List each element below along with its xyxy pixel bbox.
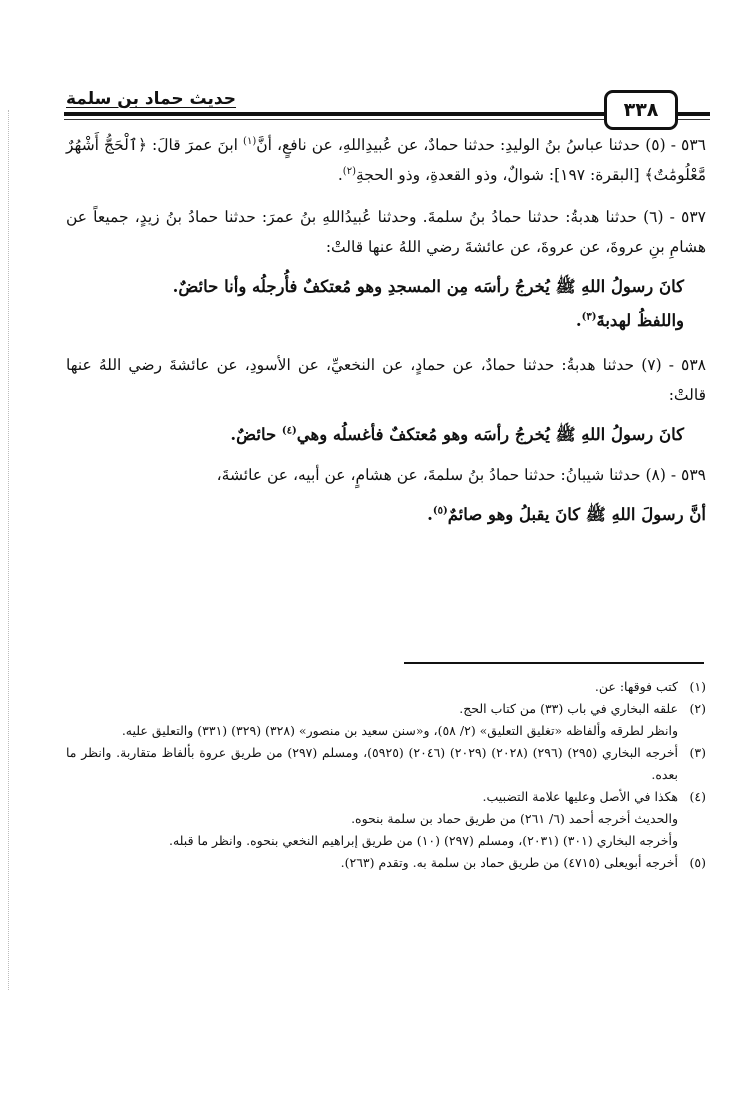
footnote-separator xyxy=(404,662,704,664)
page-number: ٣٣٨ xyxy=(604,90,678,130)
footnote-4-cont: والحديث أخرجه أحمد (٦/ ٢٦١) من طريق حماد… xyxy=(66,808,706,830)
footnote-text: أخرجه أبويعلى (٤٧١٥) من طريق حماد بن سلم… xyxy=(341,855,678,870)
footnotes: (١) كتب فوقها: عن. (٢) علقه البخاري في ب… xyxy=(66,676,706,874)
hadith-536: ٥٣٦ - (٥) حدثنا عباسُ بنُ الوليدِ: حدثنا… xyxy=(66,130,706,190)
matn-text: كانَ رسولُ اللهِ ﷺ يُخرجُ رأسَه وهو مُعت… xyxy=(297,425,684,444)
footnote-text: علقه البخاري في باب (٣٣) من كتاب الحج. xyxy=(459,701,678,716)
hadith-matn: أنَّ رسولَ اللهِ ﷺ كانَ يقبلُ وهو صائمٌ(… xyxy=(66,498,706,532)
hadith-539: ٥٣٩ - (٨) حدثنا شيبانُ: حدثنا حمادُ بنُ … xyxy=(66,460,706,490)
hadith-text: حدثنا هدبةُ: حدثنا حمادُ بنُ سلمةَ. وحدث… xyxy=(66,208,706,256)
footnote-4: (٤) هكذا في الأصل وعليها علامة التضبيب. xyxy=(66,786,706,808)
footnote-ref[interactable]: (٤) xyxy=(282,426,297,437)
hadith-number: ٥٣٨ - (٧) xyxy=(641,356,706,374)
footnote-ref[interactable]: (٥) xyxy=(433,506,448,517)
footnote-label: (٣) xyxy=(690,742,707,764)
page-header: ٣٣٨ حديث حماد بن سلمة xyxy=(64,88,710,128)
footnote-3: (٣) أخرجه البخاري (٢٩٥) (٢٩٦) (٢٠٢٨) (٢٠… xyxy=(66,742,706,786)
footnote-1: (١) كتب فوقها: عن. xyxy=(66,676,706,698)
hadith-matn: كانَ رسولُ اللهِ ﷺ يُخرجُ رأسَه وهو مُعت… xyxy=(66,418,706,452)
matn-text: أنَّ رسولَ اللهِ ﷺ كانَ يقبلُ وهو صائمٌ xyxy=(448,505,706,524)
hadith-text: حدثنا عباسُ بنُ الوليدِ: حدثنا حمادٌ، عن… xyxy=(256,136,640,154)
matn-text: حائضٌ. xyxy=(230,425,276,444)
footnote-text: كتب فوقها: عن. xyxy=(595,679,678,694)
footnote-ref[interactable]: (٢) xyxy=(343,166,356,177)
main-text: ٥٣٦ - (٥) حدثنا عباسُ بنُ الوليدِ: حدثنا… xyxy=(66,130,706,532)
footnote-ref[interactable]: (٣) xyxy=(582,312,597,323)
footnote-label: (١) xyxy=(690,676,707,698)
scan-margin-artifact xyxy=(8,110,10,990)
footnote-ref[interactable]: (١) xyxy=(243,136,256,147)
book-page: ٣٣٨ حديث حماد بن سلمة ٥٣٦ - (٥) حدثنا عب… xyxy=(0,0,754,1098)
hadith-number: ٥٣٧ - (٦) xyxy=(643,208,706,226)
running-title: حديث حماد بن سلمة xyxy=(64,88,238,110)
hadith-number: ٥٣٦ - (٥) xyxy=(645,136,706,154)
hadith-text: حدثنا هدبةُ: حدثنا حمادٌ، عن حمادٍ، عن ا… xyxy=(66,356,706,404)
footnote-label: (٢) xyxy=(690,698,707,720)
footnote-text: أخرجه البخاري (٢٩٥) (٢٩٦) (٢٠٢٨) (٢٠٢٩) … xyxy=(66,745,678,782)
footnote-2-cont: وانظر لطرقه وألفاظه «تغليق التعليق» (٢/ … xyxy=(66,720,706,742)
hadith-matn: كانَ رسولُ اللهِ ﷺ يُخرجُ رأسَه مِن المس… xyxy=(66,270,706,304)
hadith-number: ٥٣٩ - (٨) xyxy=(645,466,706,484)
footnote-text: هكذا في الأصل وعليها علامة التضبيب. xyxy=(483,789,678,804)
hadith-538: ٥٣٨ - (٧) حدثنا هدبةُ: حدثنا حمادٌ، عن ح… xyxy=(66,350,706,410)
footnote-label: (٥) xyxy=(690,852,707,874)
footnote-2: (٢) علقه البخاري في باب (٣٣) من كتاب الح… xyxy=(66,698,706,720)
footnote-4-cont: وأخرجه البخاري (٣٠١) (٢٠٣١)، ومسلم (٢٩٧)… xyxy=(66,830,706,852)
hadith-537: ٥٣٧ - (٦) حدثنا هدبةُ: حدثنا حمادُ بنُ س… xyxy=(66,202,706,262)
footnote-label: (٤) xyxy=(690,786,707,808)
hadith-note: واللفظُ لهدبةَ(٣). xyxy=(66,304,706,338)
wording-note: واللفظُ لهدبةَ xyxy=(596,311,684,330)
hadith-text: حدثنا شيبانُ: حدثنا حمادُ بنُ سلمةَ، عن … xyxy=(217,466,641,484)
footnote-5: (٥) أخرجه أبويعلى (٤٧١٥) من طريق حماد بن… xyxy=(66,852,706,874)
